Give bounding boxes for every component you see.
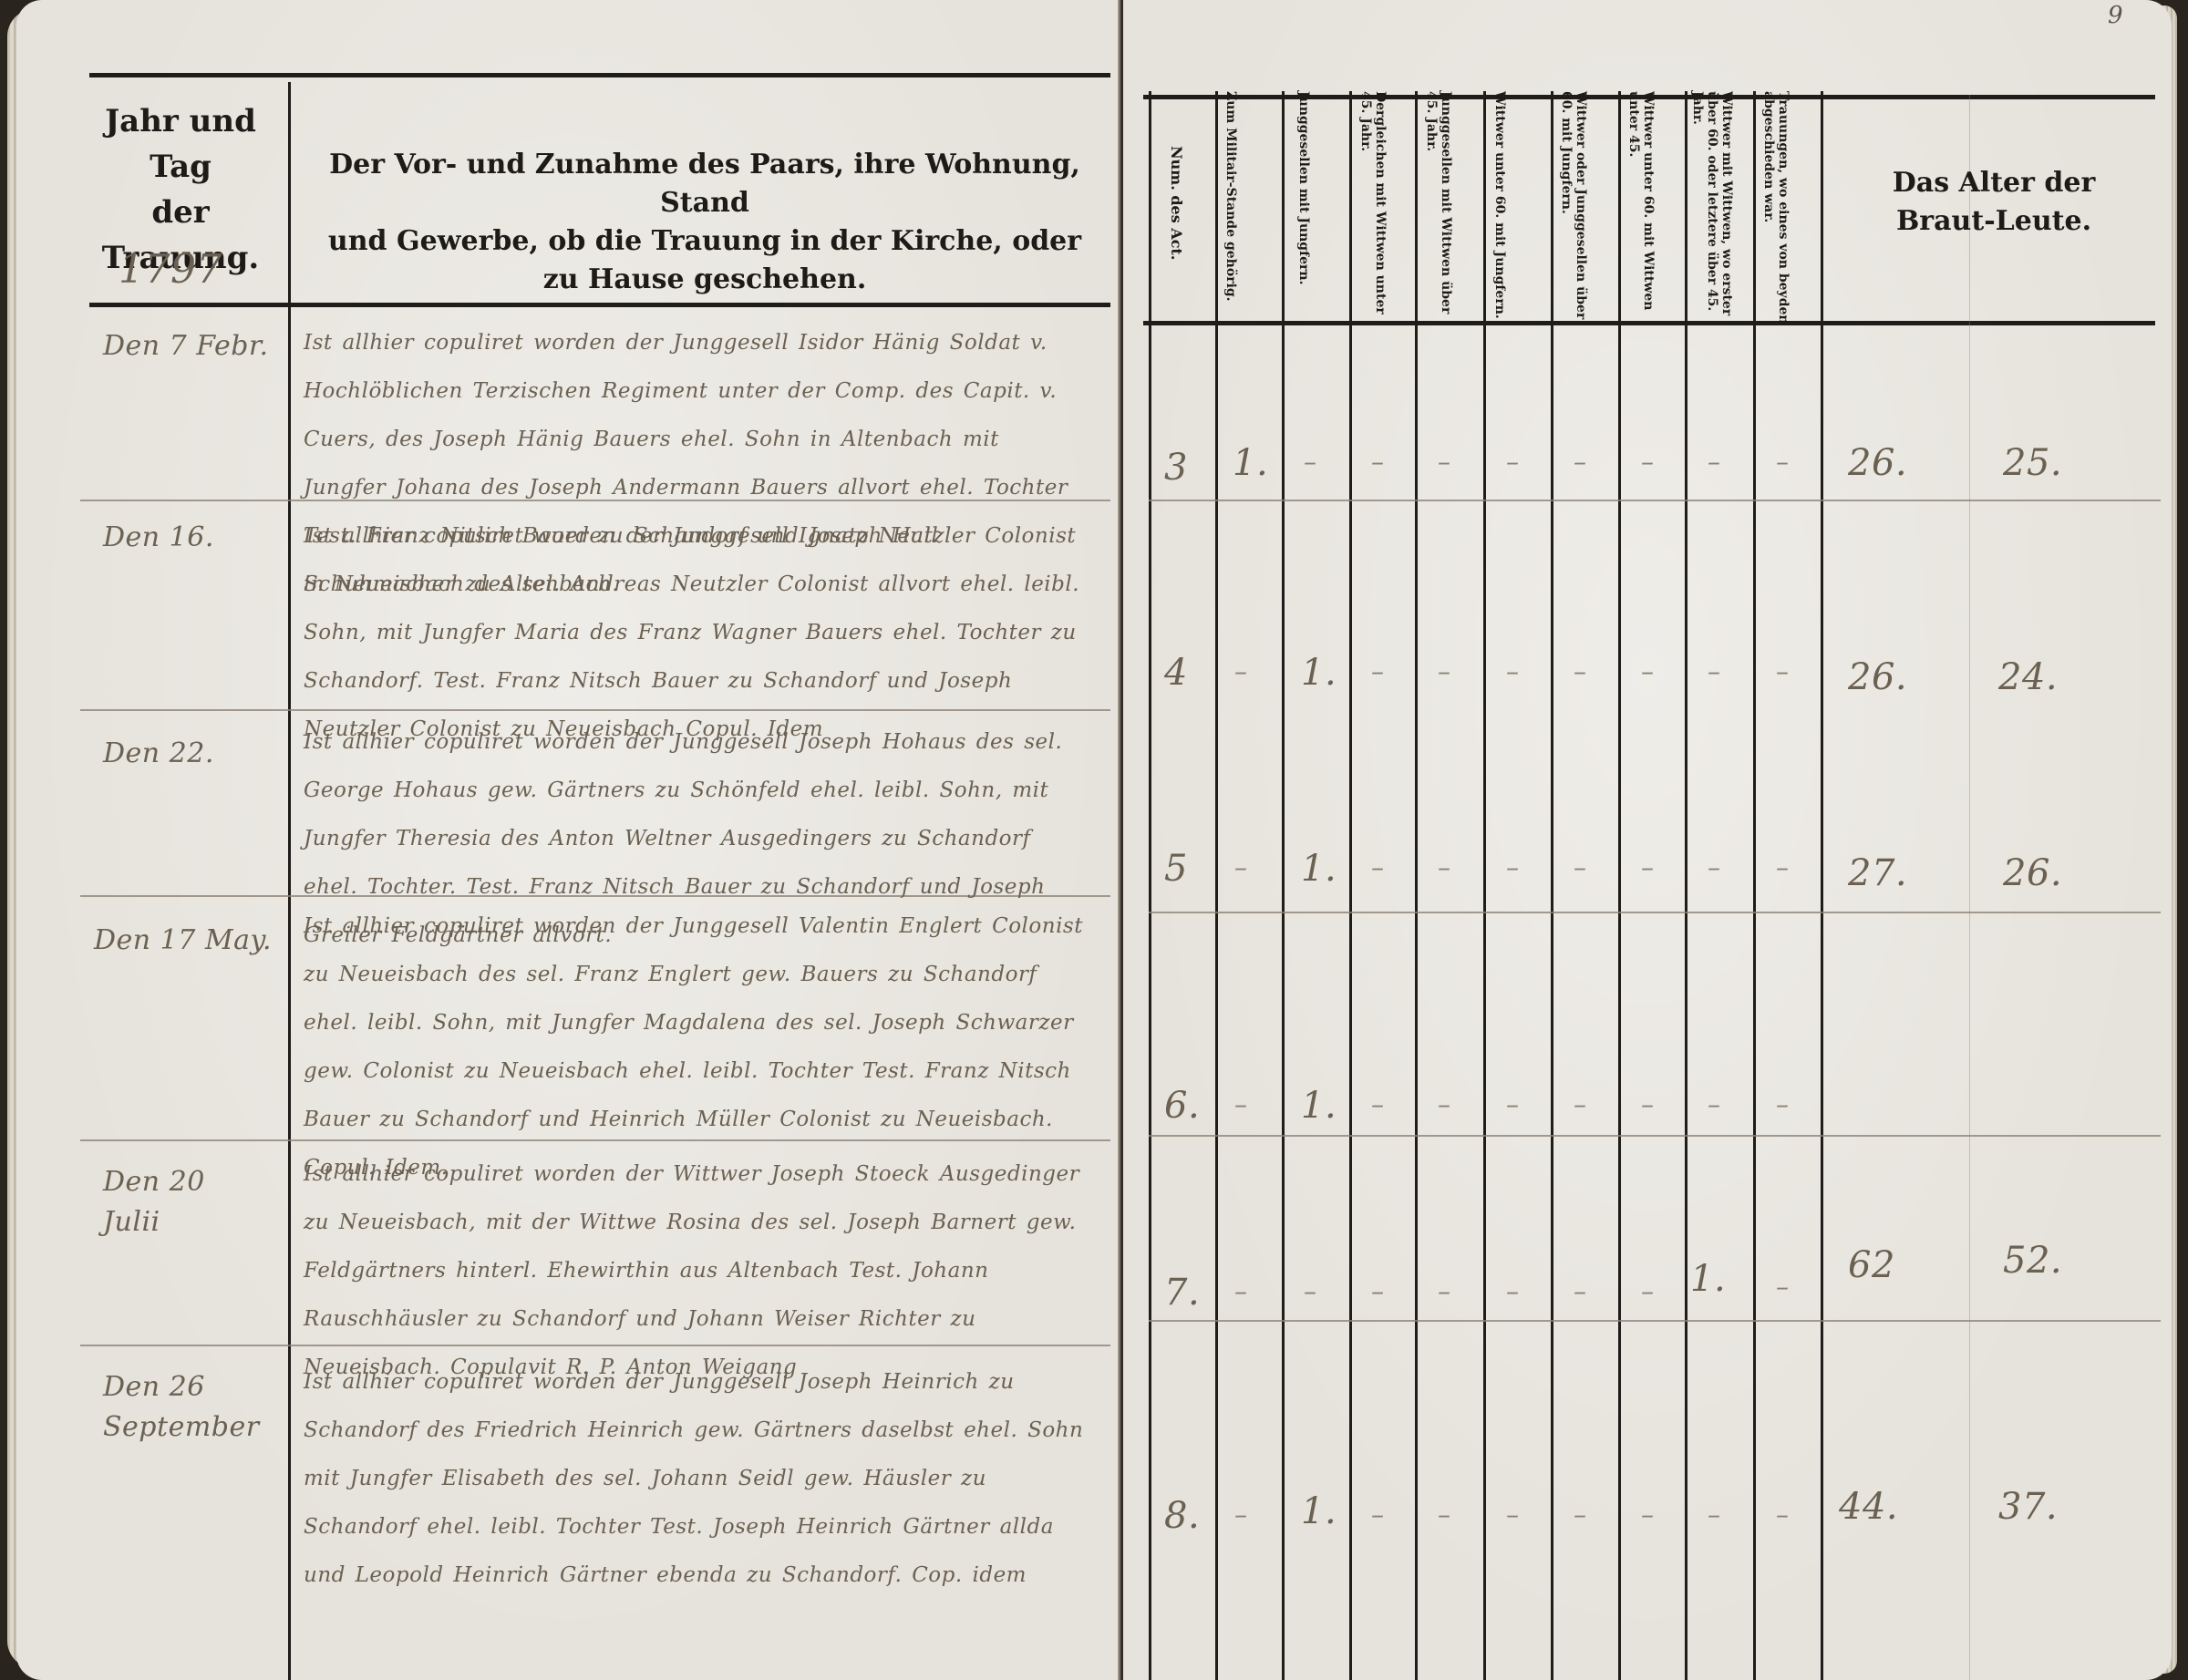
mark: – bbox=[1574, 1500, 1587, 1530]
mark: – bbox=[1438, 447, 1451, 477]
entry-date: Den 26 September bbox=[103, 1367, 267, 1448]
header-bachelor-maiden: Junggesellen mit Jungfern. bbox=[1296, 91, 1311, 328]
mark: – bbox=[1371, 1276, 1385, 1306]
bride-age: 24. bbox=[1998, 656, 2058, 698]
groom-age: 26. bbox=[1848, 656, 1907, 698]
groom-age: 62 bbox=[1848, 1244, 1895, 1286]
entry-text: Ist allhier copuliret worden der Jungges… bbox=[304, 902, 1088, 1192]
year-note: 1797 bbox=[119, 246, 222, 293]
mark: – bbox=[1574, 656, 1587, 686]
open-book: Jahr und Tag der Trauung. 1797 Der Vor- … bbox=[0, 0, 2188, 1680]
mark: – bbox=[1776, 852, 1790, 882]
header-line: der bbox=[71, 190, 290, 235]
act-number: 3 bbox=[1164, 447, 1188, 489]
age-split-rule bbox=[1969, 95, 1970, 1680]
row-separator bbox=[1149, 1320, 2161, 1322]
mark: – bbox=[1304, 447, 1317, 477]
column-rule bbox=[1282, 91, 1285, 1680]
entry-date: Den 17 May. bbox=[94, 921, 285, 961]
bride-age: 52. bbox=[2003, 1240, 2062, 1282]
header-line: Jahr und Tag bbox=[71, 98, 290, 190]
groom-age: 27. bbox=[1848, 852, 1907, 894]
mark-bachelor-maiden: 1. bbox=[1301, 652, 1337, 694]
column-rule bbox=[1753, 91, 1756, 1680]
mark: – bbox=[1234, 656, 1248, 686]
mark: – bbox=[1506, 1500, 1520, 1530]
header-line: zu Hause geschehen. bbox=[304, 261, 1106, 299]
header-same-widows-under45: Dergleichen mit Wittwen unter 45. Jahr. bbox=[1358, 91, 1388, 328]
mark: – bbox=[1776, 656, 1790, 686]
mark: – bbox=[1438, 1500, 1451, 1530]
mark: – bbox=[1641, 1276, 1655, 1306]
header-widower-or-bachelor-over60: Wittwer oder Junggesellen über 60. mit J… bbox=[1559, 91, 1588, 328]
entry-date: Den 7 Febr. bbox=[103, 326, 285, 366]
column-rule bbox=[1349, 91, 1352, 1680]
act-number: 6. bbox=[1164, 1085, 1200, 1127]
header-bottom-rule bbox=[89, 303, 1110, 307]
mark: – bbox=[1304, 1276, 1317, 1306]
header-bachelor-widows-over45: Junggesellen mit Wittwen über 45. Jahr. bbox=[1424, 91, 1453, 328]
mark: – bbox=[1438, 656, 1451, 686]
row-separator bbox=[1149, 500, 2161, 501]
mark: – bbox=[1574, 1276, 1587, 1306]
mark: – bbox=[1371, 852, 1385, 882]
mark: – bbox=[1776, 1089, 1790, 1119]
act-number: 8. bbox=[1164, 1495, 1200, 1537]
column-rule bbox=[1149, 91, 1151, 1680]
row-separator bbox=[1149, 1135, 2161, 1137]
mark: – bbox=[1574, 1089, 1587, 1119]
bride-age: 25. bbox=[2003, 442, 2062, 484]
column-rule bbox=[1618, 91, 1621, 1680]
header-ages: Das Alter der Braut-Leute. bbox=[1843, 164, 2144, 241]
mark: – bbox=[1234, 1089, 1248, 1119]
mark: – bbox=[1438, 1089, 1451, 1119]
mark: – bbox=[1641, 447, 1655, 477]
mark: – bbox=[1641, 1089, 1655, 1119]
mark: – bbox=[1506, 447, 1520, 477]
entry-date: Den 22. bbox=[103, 734, 285, 774]
mark: – bbox=[1641, 852, 1655, 882]
row-separator bbox=[1149, 912, 2161, 913]
entry-date: Den 16. bbox=[103, 518, 285, 558]
right-page: 9 Num. des Act. Zum Militair-Stande gehö… bbox=[1123, 0, 2172, 1680]
mark: – bbox=[1776, 1272, 1790, 1302]
mark: – bbox=[1371, 447, 1385, 477]
column-rule bbox=[1821, 91, 1823, 1680]
mark: – bbox=[1371, 1500, 1385, 1530]
mark: – bbox=[1776, 1500, 1790, 1530]
column-rule bbox=[1483, 91, 1486, 1680]
entry-text: Ist allhier copuliret worden der Jungges… bbox=[304, 1358, 1088, 1600]
mark: – bbox=[1234, 1276, 1248, 1306]
act-number: 7. bbox=[1164, 1272, 1200, 1314]
column-rule bbox=[1551, 91, 1553, 1680]
bride-age: 26. bbox=[2003, 852, 2062, 894]
mark: – bbox=[1641, 656, 1655, 686]
header-line: und Gewerbe, ob die Trauung in der Kirch… bbox=[304, 222, 1106, 261]
mark-military: 1. bbox=[1233, 442, 1268, 484]
date-column-divider bbox=[288, 82, 291, 1680]
mark: – bbox=[1708, 447, 1721, 477]
mark: – bbox=[1708, 656, 1721, 686]
mark: – bbox=[1506, 1089, 1520, 1119]
mark: – bbox=[1506, 1276, 1520, 1306]
mark: – bbox=[1574, 447, 1587, 477]
header-widower-under60-maiden: Wittwer unter 60. mit Jungfern. bbox=[1492, 91, 1507, 328]
entry-date: Den 20 Julii bbox=[103, 1162, 249, 1242]
column-rule bbox=[1415, 91, 1418, 1680]
act-number: 4 bbox=[1164, 652, 1188, 694]
left-page: Jahr und Tag der Trauung. 1797 Der Vor- … bbox=[16, 0, 1121, 1680]
column-rule bbox=[1215, 91, 1218, 1680]
header-num-act: Num. des Act. bbox=[1169, 146, 1183, 273]
mark: – bbox=[1641, 1500, 1655, 1530]
act-number: 5 bbox=[1164, 848, 1188, 890]
mark: – bbox=[1371, 656, 1385, 686]
mark: – bbox=[1438, 1276, 1451, 1306]
mark: – bbox=[1234, 1500, 1248, 1530]
header-military: Zum Militair-Stande gehörig. bbox=[1223, 91, 1238, 328]
entry-text: Ist allhier copuliret worden der Wittwer… bbox=[304, 1150, 1088, 1392]
column-rule bbox=[1685, 91, 1687, 1680]
header-top-rule bbox=[89, 73, 1110, 77]
mark-bachelor-maiden: 1. bbox=[1301, 848, 1337, 890]
groom-age: 26. bbox=[1848, 442, 1907, 484]
description-column-header: Der Vor- und Zunahme des Paars, ihre Woh… bbox=[304, 146, 1106, 299]
page-number: 9 bbox=[2108, 2, 2123, 29]
header-widower-under60-widows-under45: Wittwer unter 60. mit Wittwen unter 45. bbox=[1626, 91, 1656, 328]
groom-age: 44. bbox=[1839, 1486, 1898, 1528]
header-divorced: Trauungen, wo eines von beyden abgeschie… bbox=[1761, 91, 1791, 328]
header-widower-widows-over60: Wittwer mit Wittwen, wo erster über 60. … bbox=[1690, 91, 1734, 328]
mark: – bbox=[1776, 447, 1790, 477]
mark-bachelor-maiden: 1. bbox=[1301, 1490, 1337, 1532]
mark: – bbox=[1708, 1089, 1721, 1119]
header-line: Der Vor- und Zunahme des Paars, ihre Woh… bbox=[304, 146, 1106, 222]
mark: – bbox=[1371, 1089, 1385, 1119]
mark: – bbox=[1506, 852, 1520, 882]
mark: – bbox=[1438, 852, 1451, 882]
mark-widower-widows: 1. bbox=[1690, 1258, 1726, 1300]
mark: – bbox=[1574, 852, 1587, 882]
mark-bachelor-maiden: 1. bbox=[1301, 1085, 1337, 1127]
mark: – bbox=[1708, 852, 1721, 882]
mark: – bbox=[1234, 852, 1248, 882]
mark: – bbox=[1506, 656, 1520, 686]
mark: – bbox=[1708, 1500, 1721, 1530]
bride-age: 37. bbox=[1998, 1486, 2058, 1528]
